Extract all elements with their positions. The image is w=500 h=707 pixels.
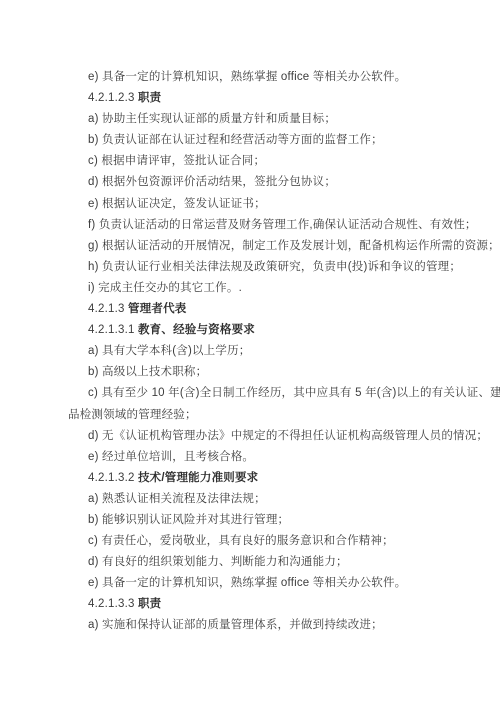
- doc-line: c) 具有至少 10 年(含)全日制工作经历，其中应具有 5 年(含)以上的有关…: [68, 383, 495, 404]
- section-heading: 4.2.1.3.3 职责: [68, 594, 495, 615]
- doc-line: a) 实施和保持认证部的质量管理体系，并做到持续改进；: [68, 615, 495, 636]
- document-page: e) 具备一定的计算机知识，熟练掌握 office 等相关办公软件。4.2.1.…: [0, 0, 500, 707]
- section-number: 4.2.1.3.1: [88, 324, 135, 336]
- doc-line: e) 具备一定的计算机知识，熟练掌握 office 等相关办公软件。: [68, 67, 495, 88]
- doc-line: d) 无《认证机构管理办法》中规定的不得担任认证机构高级管理人员的情况；: [68, 426, 495, 447]
- doc-line: d) 根据外包资源评价活动结果，签批分包协议；: [68, 172, 495, 193]
- doc-line: a) 具有大学本科(含)以上学历；: [68, 341, 495, 362]
- doc-line: b) 能够识别认证风险并对其进行管理；: [68, 510, 495, 531]
- doc-line: e) 根据认证决定，签发认证证书；: [68, 194, 495, 215]
- doc-line: c) 根据申请评审，签批认证合同；: [68, 151, 495, 172]
- doc-line: a) 熟悉认证相关流程及法律法规；: [68, 489, 495, 510]
- doc-line: f) 负责认证活动的日常运营及财务管理工作,确保认证活动合规性、有效性；: [68, 215, 495, 236]
- doc-line: b) 负责认证部在认证过程和经营活动等方面的监督工作；: [68, 130, 495, 151]
- section-title: 教育、经验与资格要求: [138, 324, 255, 336]
- doc-line: e) 经过单位培训，且考核合格。: [68, 447, 495, 468]
- document-body: e) 具备一定的计算机知识，熟练掌握 office 等相关办公软件。4.2.1.…: [68, 67, 495, 637]
- doc-line: h) 负责认证行业相关法律法规及政策研究，负责申(投)诉和争议的管理；: [68, 257, 495, 278]
- section-number: 4.2.1.3.2: [88, 472, 135, 484]
- doc-line: e) 具备一定的计算机知识，熟练掌握 office 等相关办公软件。: [68, 573, 495, 594]
- section-number: 4.2.1.2.3: [88, 92, 135, 104]
- doc-line: i) 完成主任交办的其它工作。.: [68, 278, 495, 299]
- section-number: 4.2.1.3: [88, 303, 125, 315]
- doc-line: a) 协助主任实现认证部的质量方针和质量目标；: [68, 109, 495, 130]
- section-heading: 4.2.1.2.3 职责: [68, 88, 495, 109]
- section-heading: 4.2.1.3 管理者代表: [68, 299, 495, 320]
- section-title: 管理者代表: [128, 303, 187, 315]
- doc-line-continuation: 品检测领域的管理经验；: [68, 405, 495, 426]
- section-heading: 4.2.1.3.1 教育、经验与资格要求: [68, 320, 495, 341]
- doc-line: b) 高级以上技术职称；: [68, 362, 495, 383]
- doc-line: d) 有良好的组织策划能力、判断能力和沟通能力；: [68, 552, 495, 573]
- doc-line: c) 有责任心，爱岗敬业，具有良好的服务意识和合作精神；: [68, 531, 495, 552]
- section-heading: 4.2.1.3.2 技术/管理能力准则要求: [68, 468, 495, 489]
- section-title: 技术/管理能力准则要求: [138, 472, 258, 484]
- section-title: 职责: [138, 92, 161, 104]
- section-title: 职责: [138, 598, 161, 610]
- doc-line: g) 根据认证活动的开展情况，制定工作及发展计划，配备机构运作所需的资源；: [68, 236, 495, 257]
- section-number: 4.2.1.3.3: [88, 598, 135, 610]
